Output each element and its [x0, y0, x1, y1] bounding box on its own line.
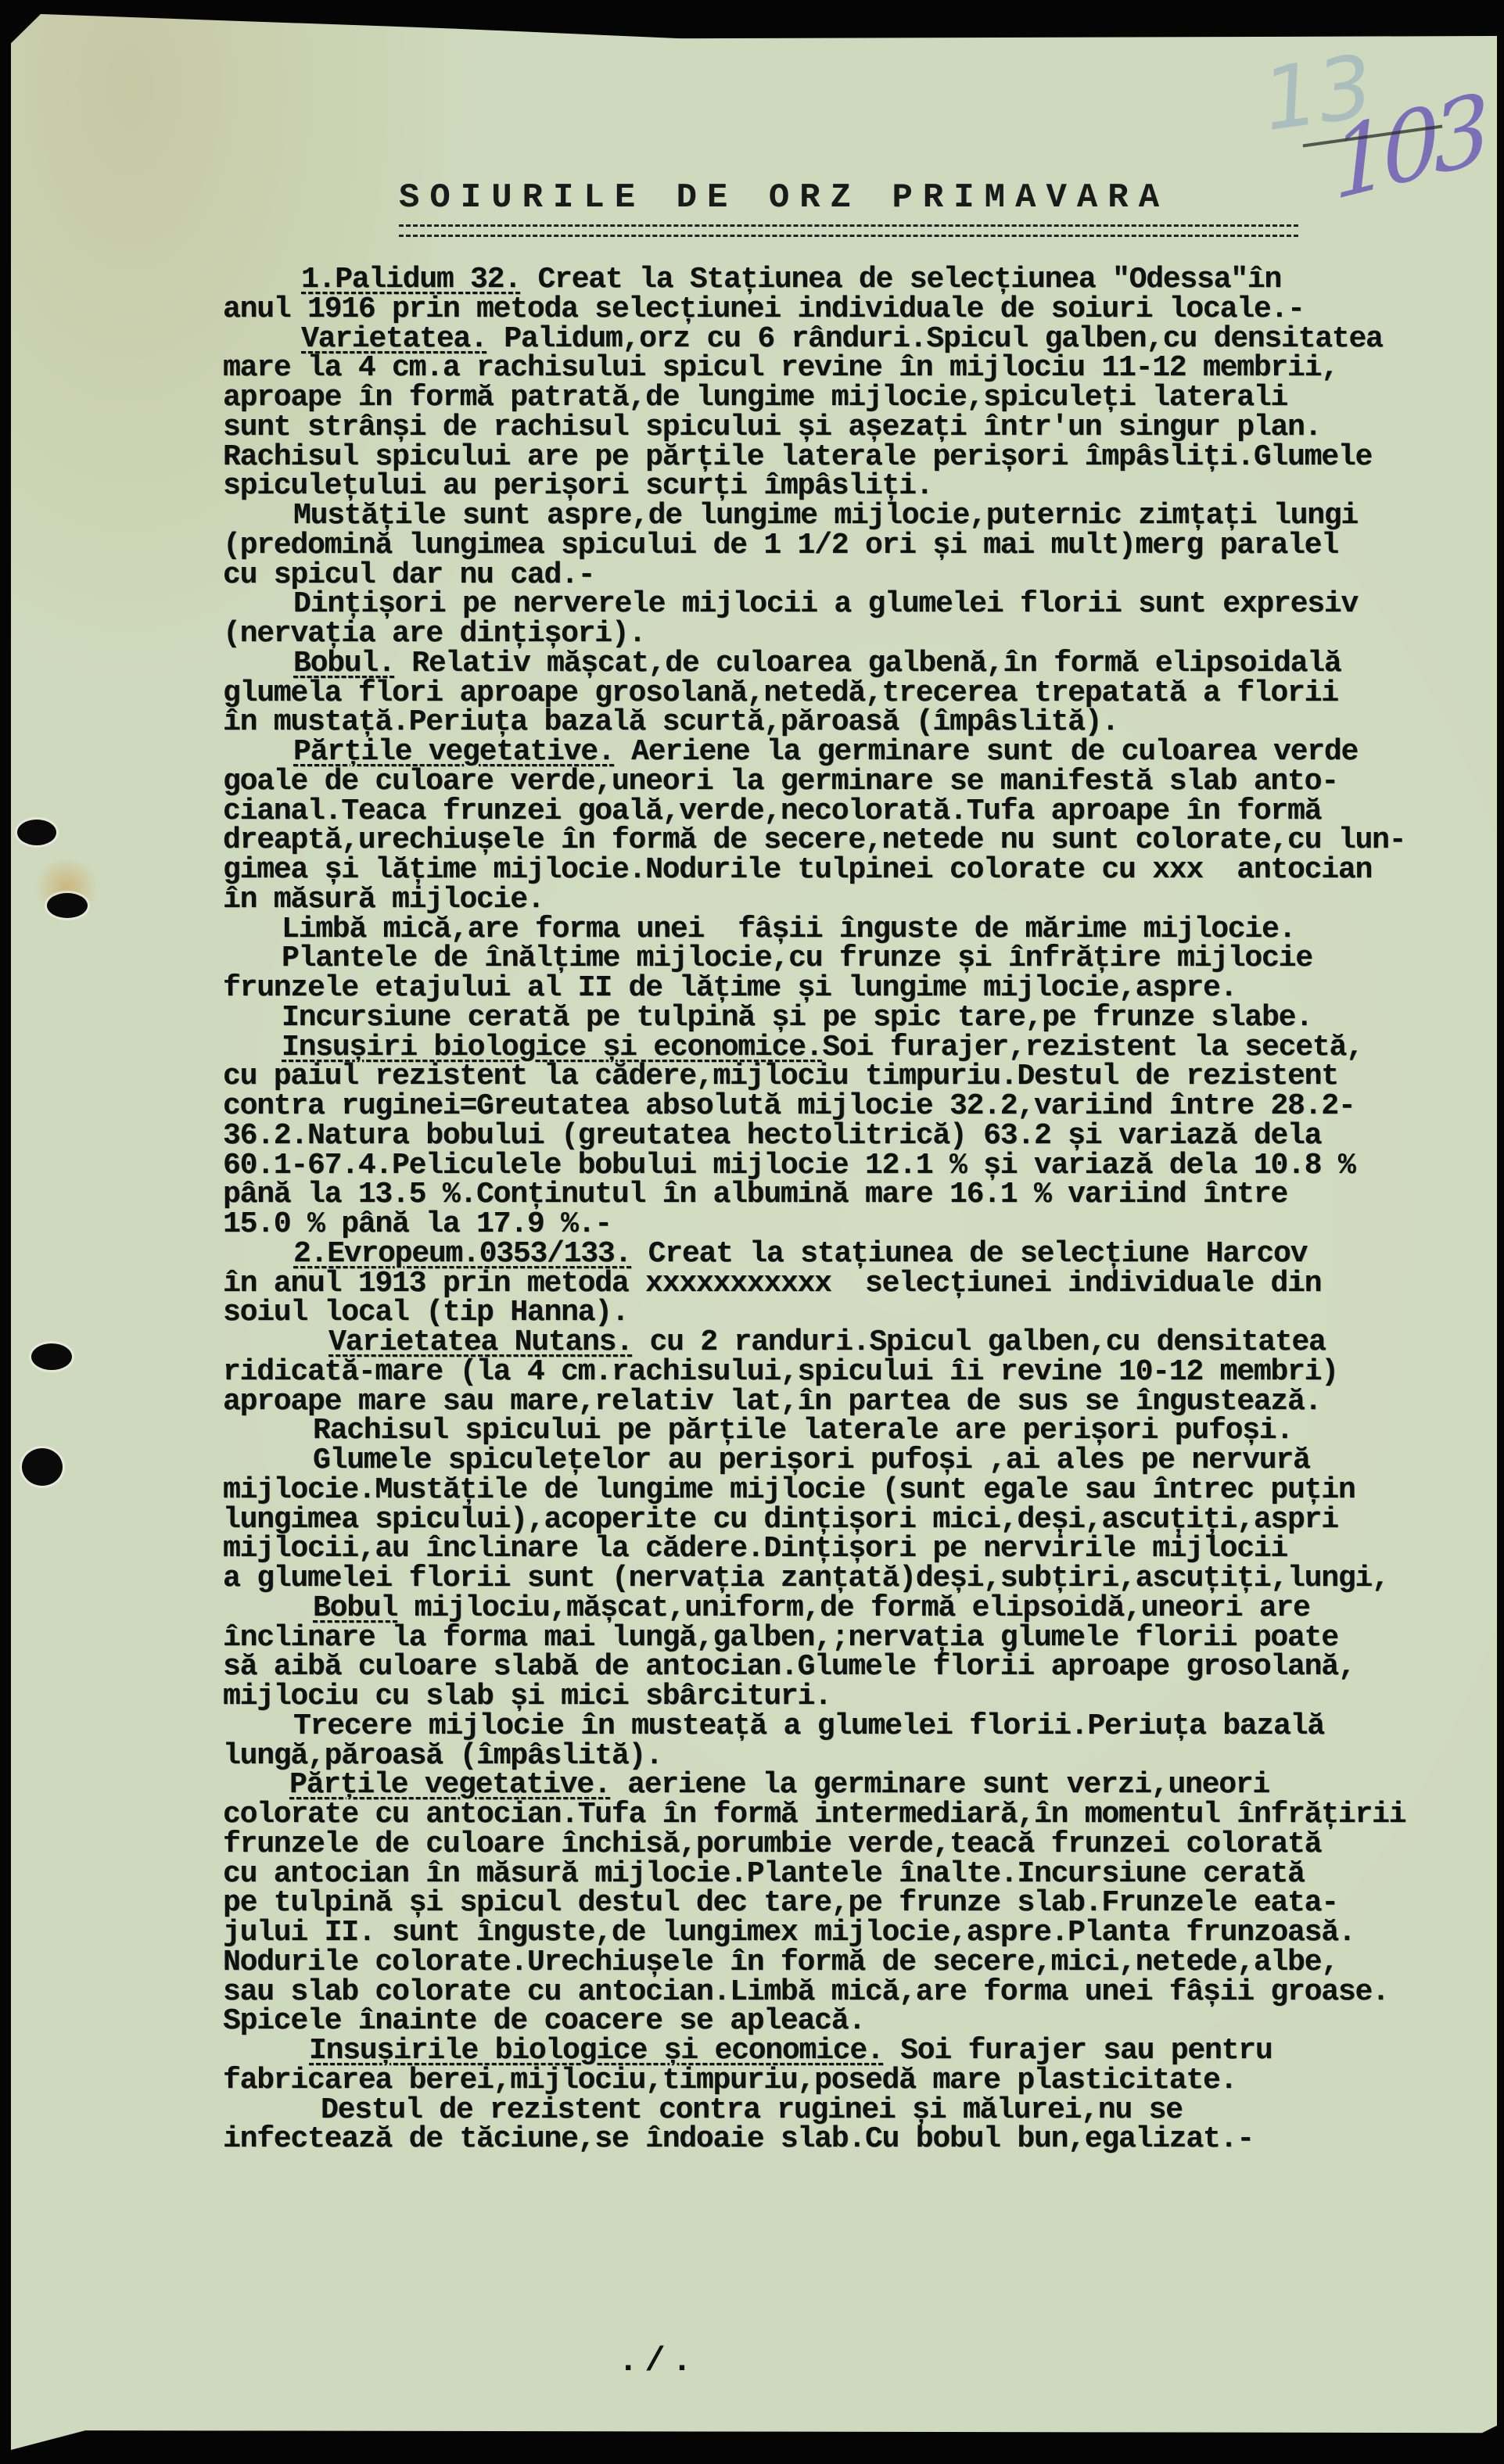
document-title: SOIURILE DE ORZ PRIMAVARA — [399, 178, 1169, 217]
text-line: (nervația are dințișori). — [223, 619, 645, 650]
text-line: înclinare la forma mai lungă,galben,;ner… — [223, 1623, 1338, 1654]
text-line: Părțile vegetative. aeriene la germinare… — [289, 1770, 1269, 1801]
text-line: Mustățile sunt aspre,de lungime mijlocie… — [293, 500, 1358, 532]
text-line: 60.1-67.4.Peliculele bobului mijlocie 12… — [223, 1150, 1355, 1182]
text-line: Dințișori pe nerverele mijlocii a glumel… — [293, 589, 1358, 620]
text-line: jului II. sunt înguste,de lungimex mijlo… — [223, 1917, 1355, 1949]
text-line: în anul 1913 prin metoda xxxxxxxxxxx sel… — [223, 1268, 1321, 1300]
section-heading: Insușiri biologice și economice. — [282, 1031, 822, 1064]
text-line: să aibă culoare slabă de antocian.Glumel… — [223, 1652, 1355, 1683]
text-line: Părțile vegetative. Aeriene la germinare… — [293, 737, 1358, 768]
text-line: sau slab colorate cu antocian.Limbă mică… — [223, 1977, 1389, 2008]
text-line: mijlociu cu slab și mici sbârcituri. — [223, 1681, 831, 1713]
text-line: contra ruginei=Greutatea absolută mijloc… — [223, 1091, 1355, 1122]
text-line: frunzele de culoare închisă,porumbie ver… — [223, 1829, 1321, 1860]
text-line: fabricarea berei,mijlociu,timpuriu,posed… — [223, 2065, 1237, 2096]
section-heading: 1.Palidum 32. — [301, 263, 521, 296]
section-heading: Bobul — [313, 1591, 397, 1625]
text-line: cu spicul dar nu cad.- — [223, 560, 594, 591]
text-line: frunzele etajului al II de lățime și lun… — [223, 973, 1237, 1004]
text-line: Rachisul spicului pe părțile laterale ar… — [313, 1415, 1293, 1447]
text-line: soiul local (tip Hanna). — [223, 1297, 629, 1329]
punch-hole — [22, 1448, 63, 1486]
text-line: pe tulpină și spicul destul dec tare,pe … — [223, 1888, 1338, 1919]
text-line: 2.Evropeum.0353/133. Creat la stațiunea … — [293, 1239, 1307, 1270]
section-heading: Părțile vegetative. — [289, 1768, 610, 1802]
punch-hole — [47, 893, 88, 918]
text-line: Insușirile biologice și economice. Soi f… — [309, 2035, 1272, 2067]
text-line: Trecere mijlocie în musteață a glumelei … — [293, 1711, 1324, 1742]
text-line: cianal.Teaca frunzei goală,verde,necolor… — [223, 796, 1321, 827]
text-line: lungimea spicului),acoperite cu dințișor… — [223, 1505, 1338, 1536]
text-line: dreaptă,urechiușele în formă de secere,n… — [223, 825, 1405, 856]
text-line: în măsură mijlocie. — [223, 884, 544, 916]
text-line: aproape mare sau mare,relativ lat,în par… — [223, 1386, 1321, 1418]
text-line: a glumelei florii sunt (nervația zanțată… — [223, 1563, 1389, 1594]
text-line: Glumele spiculețelor au perișori pufoși … — [313, 1445, 1310, 1476]
text-line: Bobul. Relativ mășcat,de culoarea galben… — [293, 648, 1341, 680]
text-line: Varietatea. Palidum,orz cu 6 rânduri.Spi… — [301, 324, 1383, 355]
text-line: Nodurile colorate.Urechiușele în formă d… — [223, 1947, 1338, 1978]
punch-hole — [17, 820, 56, 845]
text-line: 15.0 % până la 17.9 %.- — [223, 1209, 612, 1240]
text-line: 1.Palidum 32. Creat la Stațiunea de sele… — [301, 264, 1281, 296]
text-line: infectează de tăciune,se îndoaie slab.Cu… — [223, 2124, 1254, 2155]
text-line: cu paiul rezistent la cădere,mijlociu ti… — [223, 1061, 1338, 1092]
text-line: ridicată-mare (la 4 cm.rachisului,spicul… — [223, 1357, 1338, 1388]
text-line: goale de culoare verde,uneori la germina… — [223, 766, 1338, 798]
text-line: până la 13.5 %.Conținutul în albumină ma… — [223, 1179, 1287, 1210]
text-line: cu antocian în măsură mijlocie.Plantele … — [223, 1859, 1305, 1890]
text-line: (predomină lungimea spicului de 1 1/2 or… — [223, 530, 1338, 561]
text-line: Plantele de înălțime mijlocie,cu frunze … — [282, 943, 1312, 974]
end-mark: ./. — [618, 2342, 698, 2381]
title-underline — [399, 224, 1298, 237]
text-line: lungă,păroasă (împâslită). — [223, 1741, 662, 1772]
text-line: gimea și lățime mijlocie.Nodurile tulpin… — [223, 855, 1372, 886]
text-line: Limbă mică,are forma unei fâșii înguste … — [282, 914, 1295, 945]
text-line: Destul de rezistent contra ruginei și mă… — [321, 2095, 1183, 2126]
text-line: sunt strânși de rachisul spicului și așe… — [223, 412, 1321, 443]
text-line: mijlocii,au înclinare la cădere.Dințișor… — [223, 1533, 1287, 1565]
text-line: mijlocie.Mustățile de lungime mijlocie (… — [223, 1475, 1355, 1506]
text-line: aproape în formă patrată,de lungime mijl… — [223, 382, 1287, 414]
section-heading: Varietatea. — [301, 322, 487, 356]
text-line: Incursiune cerată pe tulpină și pe spic … — [282, 1002, 1312, 1034]
text-line: Insușiri biologice și economice.Soi fura… — [282, 1032, 1363, 1063]
text-line: anul 1916 prin metoda selecțiunei indivi… — [223, 294, 1305, 325]
text-line: spiculețului au perișori scurți împâsliț… — [223, 471, 932, 502]
text-line: mare la 4 cm.a rachisului spicul revine … — [223, 353, 1338, 384]
text-line: Varietatea Nutans. cu 2 randuri.Spicul g… — [328, 1327, 1326, 1358]
text-line: Bobul mijlociu,mășcat,uniform,de formă e… — [313, 1593, 1310, 1624]
section-heading: 2.Evropeum.0353/133. — [293, 1237, 631, 1271]
text-line: glumela flori aproape grosolană,netedă,t… — [223, 678, 1338, 709]
section-heading: Insușirile biologice și economice. — [309, 2034, 884, 2068]
text-line: Spicele înainte de coacere se apleacă. — [223, 2006, 865, 2037]
section-heading: Părțile vegetative. — [293, 735, 614, 769]
text-line: Rachisul spicului are pe părțile lateral… — [223, 442, 1372, 473]
punch-hole — [31, 1343, 72, 1370]
text-line: 36.2.Natura bobului (greutatea hectolitr… — [223, 1121, 1321, 1152]
text-line: colorate cu antocian.Tufa în formă inter… — [223, 1799, 1405, 1831]
section-heading: Varietatea Nutans. — [328, 1325, 633, 1359]
section-heading: Bobul. — [293, 647, 395, 680]
text-line: în mustață.Periuța bazală scurtă,păroasă… — [223, 707, 1118, 738]
